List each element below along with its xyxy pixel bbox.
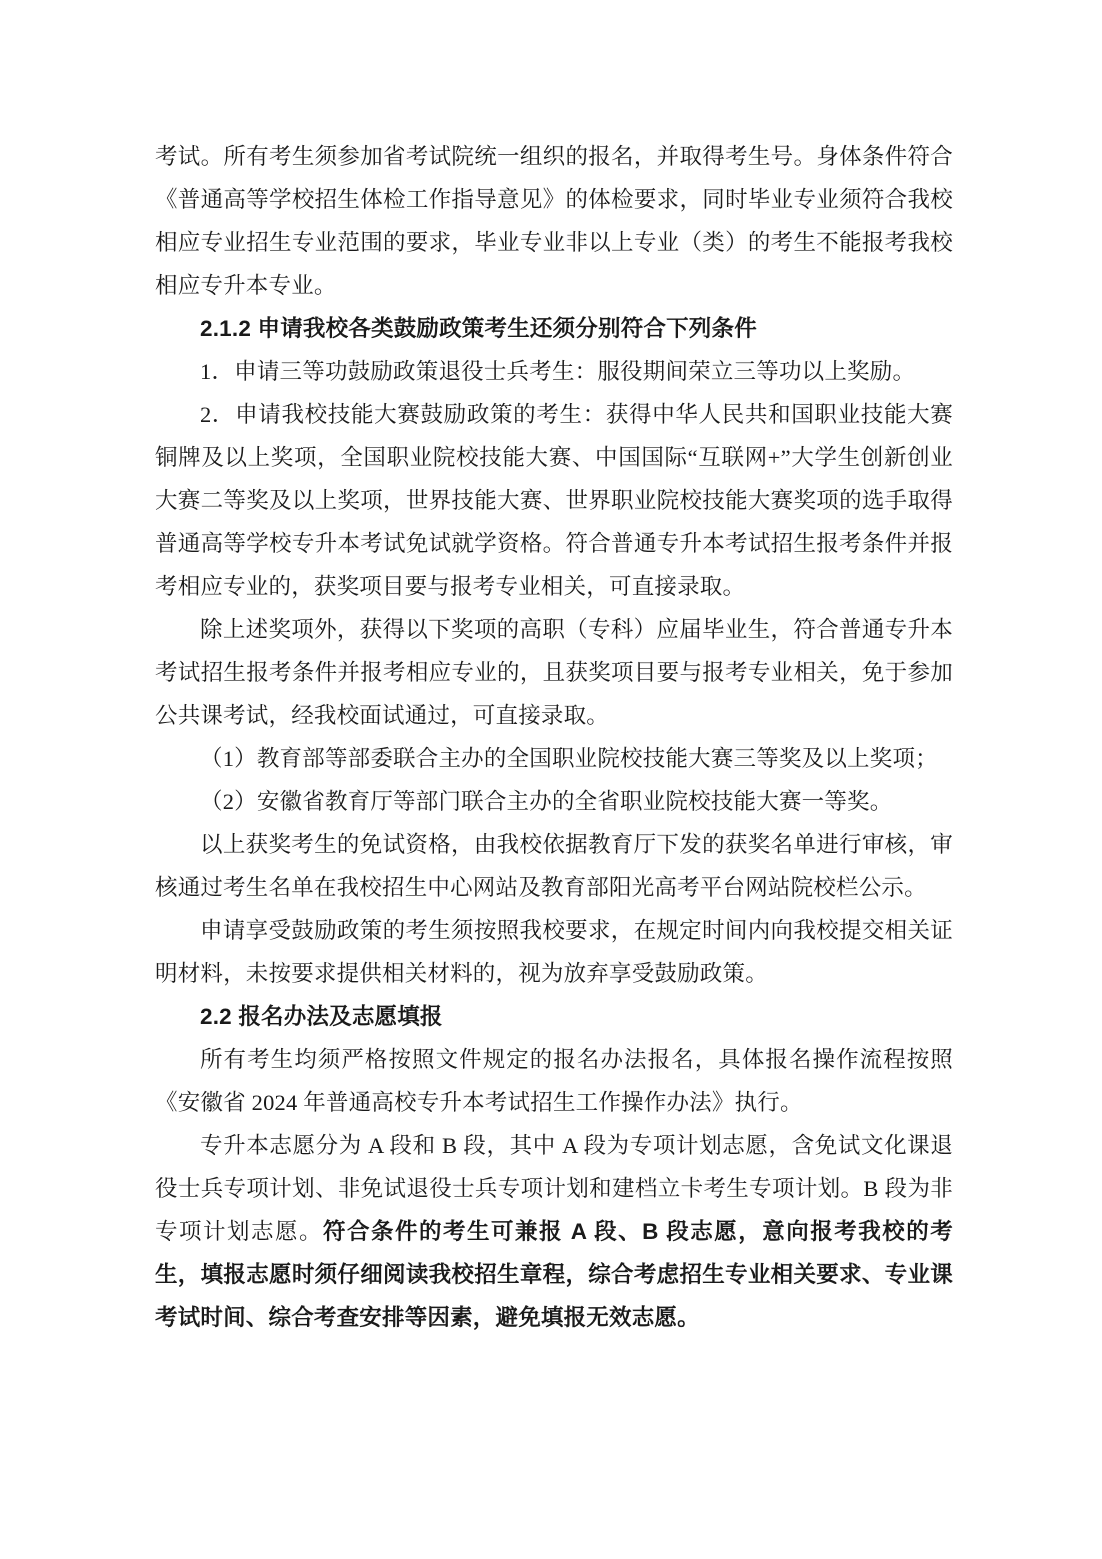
- text-run: 除上述奖项外，获得以下奖项的高职（专科）应届毕业生，符合普通专升本考试招生报考条…: [155, 617, 953, 728]
- section-heading-2-1-2: 2.1.2 申请我校各类鼓励政策考生还须分别符合下列条件: [155, 307, 953, 350]
- paragraph-volunteer-sections: 专升本志愿分为 A 段和 B 段，其中 A 段为专项计划志愿，含免试文化课退役士…: [155, 1124, 953, 1339]
- text-run: （2）安徽省教育厅等部门联合主办的全省职业院校技能大赛一等奖。: [200, 789, 892, 814]
- text-run: 1．申请三等功鼓励政策退役士兵考生：服役期间荣立三等功以上奖励。: [200, 359, 915, 384]
- document-page: 考试。所有考生须参加省考试院统一组织的报名，并取得考生号。身体条件符合《普通高等…: [0, 0, 1102, 1559]
- paragraph-item-2-skills-competition: 2．申请我校技能大赛鼓励政策的考生：获得中华人民共和国职业技能大赛铜牌及以上奖项…: [155, 393, 953, 608]
- text-run: （1）教育部等部委联合主办的全国职业院校技能大赛三等奖及以上奖项；: [200, 746, 938, 771]
- paragraph-subitem-2-provincial-award: （2）安徽省教育厅等部门联合主办的全省职业院校技能大赛一等奖。: [155, 780, 953, 823]
- paragraph-item-1-sandenggong: 1．申请三等功鼓励政策退役士兵考生：服役期间荣立三等功以上奖励。: [155, 350, 953, 393]
- paragraph-registration-method: 所有考生均须严格按照文件规定的报名办法报名，具体报名操作流程按照《安徽省 202…: [155, 1038, 953, 1124]
- text-run: 考试。所有考生须参加省考试院统一组织的报名，并取得考生号。身体条件符合《普通高等…: [155, 144, 953, 298]
- document-content: 考试。所有考生须参加省考试院统一组织的报名，并取得考生号。身体条件符合《普通高等…: [155, 135, 953, 1339]
- text-run: 2.1.2 申请我校各类鼓励政策考生还须分别符合下列条件: [200, 316, 757, 341]
- text-run: 2.2 报名办法及志愿填报: [200, 1004, 443, 1029]
- paragraph-registration-continued: 考试。所有考生须参加省考试院统一组织的报名，并取得考生号。身体条件符合《普通高等…: [155, 135, 953, 307]
- paragraph-materials-submission: 申请享受鼓励政策的考生须按照我校要求，在规定时间内向我校提交相关证明材料，未按要…: [155, 909, 953, 995]
- paragraph-other-awards: 除上述奖项外，获得以下奖项的高职（专科）应届毕业生，符合普通专升本考试招生报考条…: [155, 608, 953, 737]
- paragraph-exemption-review: 以上获奖考生的免试资格，由我校依据教育厅下发的获奖名单进行审核，审核通过考生名单…: [155, 823, 953, 909]
- text-run: 以上获奖考生的免试资格，由我校依据教育厅下发的获奖名单进行审核，审核通过考生名单…: [155, 832, 953, 900]
- section-heading-2-2: 2.2 报名办法及志愿填报: [155, 995, 953, 1038]
- text-run: 所有考生均须严格按照文件规定的报名办法报名，具体报名操作流程按照《安徽省 202…: [155, 1047, 953, 1115]
- text-run: 申请享受鼓励政策的考生须按照我校要求，在规定时间内向我校提交相关证明材料，未按要…: [155, 918, 953, 986]
- text-run: 2．申请我校技能大赛鼓励政策的考生：获得中华人民共和国职业技能大赛铜牌及以上奖项…: [155, 402, 953, 599]
- paragraph-subitem-1-national-award: （1）教育部等部委联合主办的全国职业院校技能大赛三等奖及以上奖项；: [155, 737, 953, 780]
